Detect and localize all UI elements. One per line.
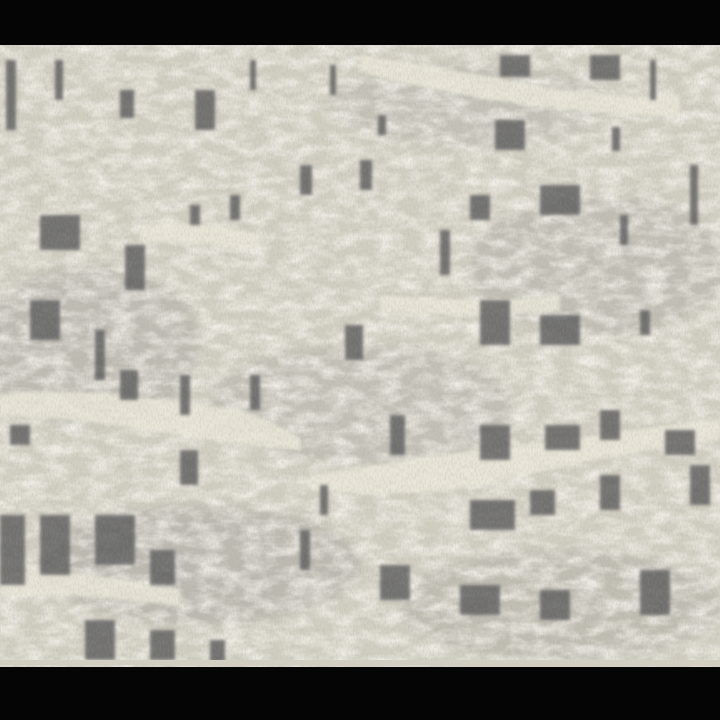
rug-texture: [0, 45, 720, 668]
bottom-black-border: [0, 667, 720, 720]
rug-pattern: [0, 45, 720, 668]
top-black-border: [0, 0, 720, 45]
